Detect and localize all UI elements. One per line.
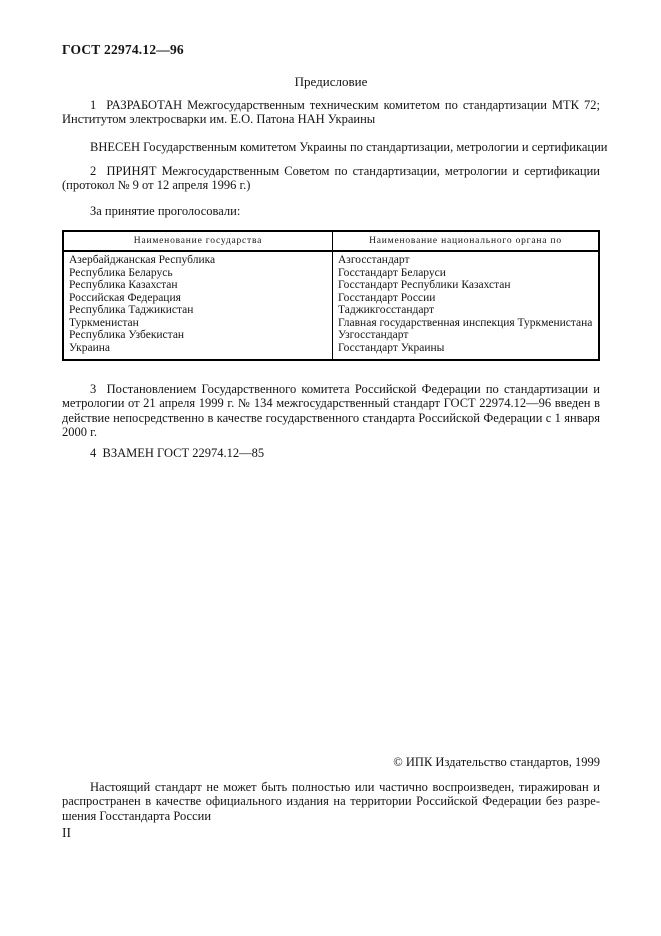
country-column: Азербайджанская Республика Республика Бе… [64,252,333,359]
country-cell: Туркменистан [69,317,328,330]
text-line: метрологии от 21 апреля 1999 г. № 134 ме… [62,396,600,410]
para-resolution: 3 Постановлением Государственного комите… [62,382,600,440]
text-line: За принятие проголосовали: [62,204,600,218]
country-column-header: Наименование государства [64,232,333,250]
country-cell: Азербайджанская Республика [69,254,328,267]
text-line: 2 ПРИНЯТ Межгосударственным Советом по с… [62,164,600,178]
page-number: II [62,825,71,841]
country-cell: Республика Казахстан [69,279,328,292]
text-line: Настоящий стандарт не может быть полност… [62,780,600,794]
text-line: 4 ВЗАМЕН ГОСТ 22974.12—85 [62,446,600,460]
text-line: 1 РАЗРАБОТАН Межгосударственным техничес… [62,98,600,112]
para-submitted: ВНЕСЕН Государственным комитетом Украины… [62,140,600,154]
org-cell: Госстандарт Беларуси [338,267,594,280]
country-cell: Республика Таджикистан [69,304,328,317]
text-line: действие непосредственно в качестве госу… [62,411,600,425]
org-cell: Таджикгосстандарт [338,304,594,317]
text-line: ВНЕСЕН Государственным комитетом Украины… [62,140,600,154]
org-column: Азгосстандарт Госстандарт Беларуси Госст… [333,252,598,359]
voted-label: За принятие проголосовали: [62,204,600,218]
vote-table: Наименование государства Наименование на… [62,230,600,361]
vote-table-body: Азербайджанская Республика Республика Бе… [64,252,598,359]
text-line: шения Госстандарта России [62,809,600,823]
org-cell: Главная государственная инспекция Туркме… [338,317,594,330]
country-cell: Российская Федерация [69,292,328,305]
text-line: распространен в качестве официального из… [62,794,600,808]
org-cell: Узгосстандарт [338,329,594,342]
copyright-line: © ИПК Издательство стандартов, 1999 [62,755,600,770]
footer-notice: Настоящий стандарт не может быть полност… [62,780,600,823]
org-cell: Госстандарт Республики Казахстан [338,279,594,292]
org-cell: Госстандарт России [338,292,594,305]
org-cell: Азгосстандарт [338,254,594,267]
page-title: Предисловие [62,74,600,90]
country-cell: Республика Беларусь [69,267,328,280]
doc-number: ГОСТ 22974.12—96 [62,42,184,58]
text-line: (протокол № 9 от 12 апреля 1996 г.) [62,178,600,192]
text-line: 2000 г. [62,425,600,439]
para-replaces: 4 ВЗАМЕН ГОСТ 22974.12—85 [62,446,600,460]
para-accepted: 2 ПРИНЯТ Межгосударственным Советом по с… [62,164,600,193]
text-line: 3 Постановлением Государственного комите… [62,382,600,396]
country-cell: Украина [69,342,328,355]
vote-table-header-row: Наименование государства Наименование на… [64,232,598,252]
country-cell: Республика Узбекистан [69,329,328,342]
text-line: Институтом электросварки им. Е.О. Патона… [62,112,600,126]
org-column-header: Наименование национального органа по ста… [333,232,598,250]
org-cell: Госстандарт Украины [338,342,594,355]
para-developed: 1 РАЗРАБОТАН Межгосударственным техничес… [62,98,600,127]
document-page: ГОСТ 22974.12—96 Предисловие 1 РАЗРАБОТА… [0,0,661,936]
